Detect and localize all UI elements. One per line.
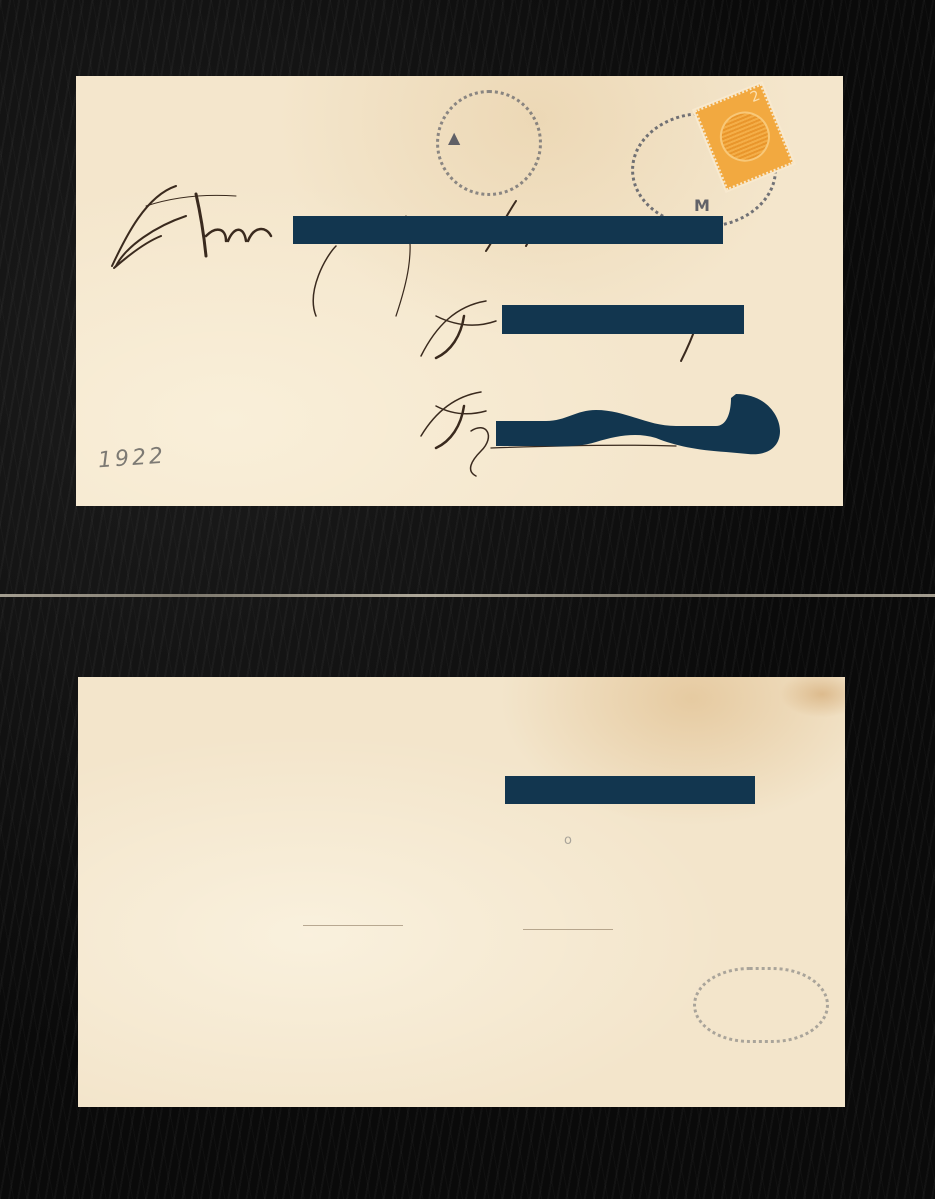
crease-line-left (303, 925, 403, 926)
postmark-back (693, 967, 829, 1043)
pencil-year-note: 1922 (97, 444, 167, 474)
envelope-back: o (78, 677, 845, 1107)
stamp-value: 2 (748, 88, 762, 106)
fold-crease (0, 594, 935, 597)
redaction-bar-back (505, 776, 755, 804)
pencil-mark-back: o (564, 833, 572, 848)
stamp-crown-medallion (712, 104, 777, 169)
crease-line-right (523, 929, 613, 930)
